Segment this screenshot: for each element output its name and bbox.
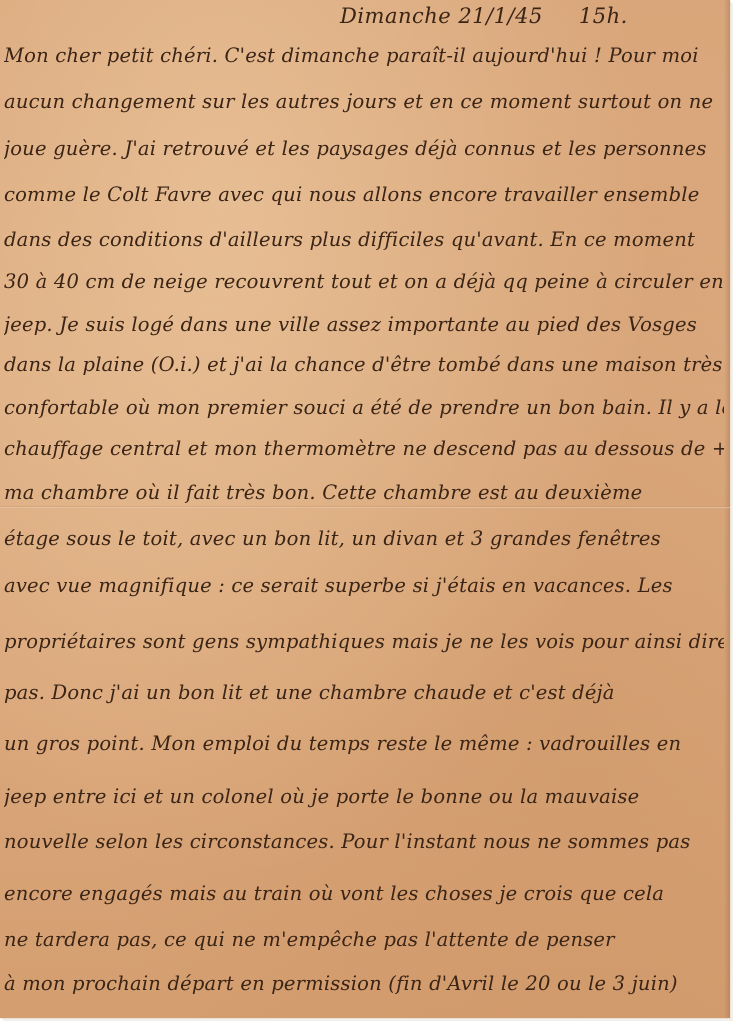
letter-line: nouvelle selon les circonstances. Pour l… bbox=[4, 830, 724, 853]
letter-line: ne tardera pas, ce qui ne m'empêche pas … bbox=[4, 928, 724, 951]
letter-line: à mon prochain départ en permission (fin… bbox=[4, 972, 724, 995]
letter-line: dans la plaine (O.i.) et j'ai la chance … bbox=[4, 353, 724, 376]
letter-line: ma chambre où il fait très bon. Cette ch… bbox=[4, 481, 724, 504]
letter-line: joue guère. J'ai retrouvé et les paysage… bbox=[4, 137, 724, 160]
letter-line: un gros point. Mon emploi du temps reste… bbox=[4, 732, 724, 755]
letter-date-header: Dimanche 21/1/4515h. bbox=[340, 4, 628, 28]
letter-sheet: Dimanche 21/1/4515h. Mon cher petit chér… bbox=[0, 0, 730, 1018]
letter-line: comme le Colt Favre avec qui nous allons… bbox=[4, 183, 724, 206]
letter-line: avec vue magnifique : ce serait superbe … bbox=[4, 574, 724, 597]
letter-line: chauffage central et mon thermomètre ne … bbox=[4, 437, 724, 460]
letter-time: 15h. bbox=[579, 4, 628, 28]
paper-fold-crease bbox=[0, 506, 730, 509]
letter-line: Mon cher petit chéri. C'est dimanche par… bbox=[4, 44, 724, 67]
letter-line: propriétaires sont gens sympathiques mai… bbox=[4, 630, 724, 653]
letter-line: aucun changement sur les autres jours et… bbox=[4, 90, 724, 113]
letter-line: étage sous le toit, avec un bon lit, un … bbox=[4, 527, 724, 550]
letter-line: jeep entre ici et un colonel où je porte… bbox=[4, 785, 724, 808]
letter-line: encore engagés mais au train où vont les… bbox=[4, 882, 724, 905]
paper-edge-shadow bbox=[724, 0, 730, 1018]
letter-date: Dimanche 21/1/45 bbox=[340, 4, 543, 28]
letter-line: pas. Donc j'ai un bon lit et une chambre… bbox=[4, 681, 724, 704]
letter-line: 30 à 40 cm de neige recouvrent tout et o… bbox=[4, 270, 724, 293]
letter-line: dans des conditions d'ailleurs plus diff… bbox=[4, 228, 724, 251]
letter-line: confortable où mon premier souci a été d… bbox=[4, 396, 724, 419]
letter-line: jeep. Je suis logé dans une ville assez … bbox=[4, 313, 724, 336]
